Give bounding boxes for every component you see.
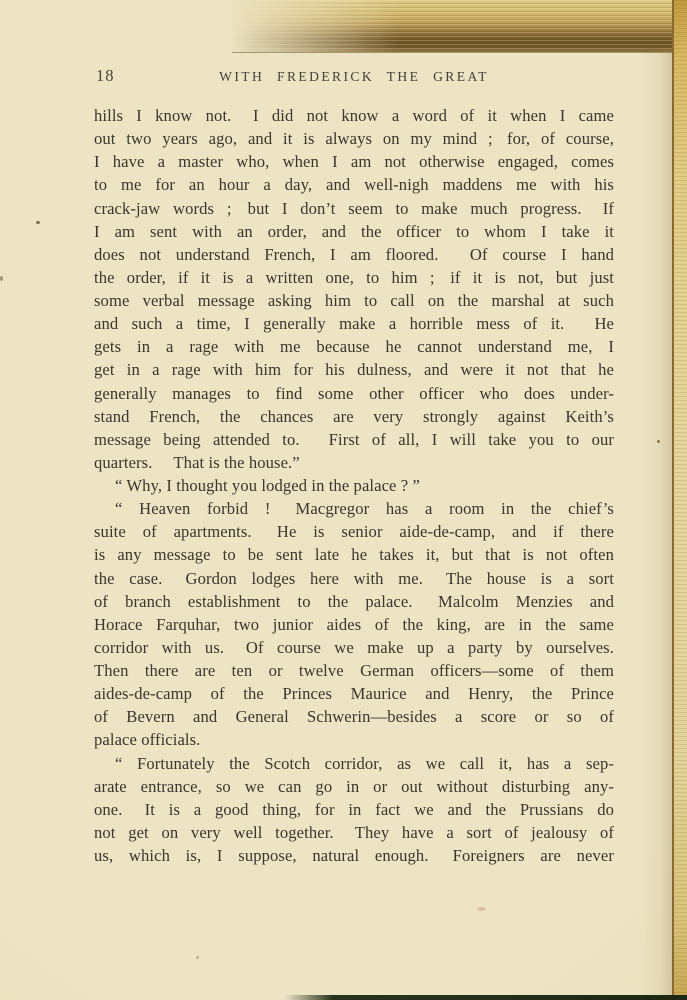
- text-line: us, which is, I suppose, natural enough.…: [94, 844, 614, 867]
- text-line: message being attended to. First of all,…: [94, 428, 614, 451]
- text-line: Horace Farquhar, two junior aides of the…: [94, 613, 614, 636]
- text-line: generally manages to find some other off…: [94, 382, 614, 405]
- book-fore-edge: [672, 0, 687, 1000]
- text-line: quarters. That is the house.”: [94, 451, 614, 474]
- text-line: to me for an hour a day, and well-nigh m…: [94, 173, 614, 196]
- text-line: does not understand French, I am floored…: [94, 243, 614, 266]
- text-line: some verbal message asking him to call o…: [94, 289, 614, 312]
- text-line: corridor with us. Of course we make up a…: [94, 636, 614, 659]
- text-line: Then there are ten or twelve German offi…: [94, 659, 614, 682]
- text-line: of branch establishment to the palace. M…: [94, 590, 614, 613]
- text-line: palace officials.: [94, 728, 614, 751]
- text-line: stand French, the chances are very stron…: [94, 405, 614, 428]
- running-title: WITH FREDERICK THE GREAT: [94, 69, 614, 85]
- text-line: not get on very well together. They have…: [94, 821, 614, 844]
- text-line: “ Heaven forbid ! Macgregor has a room i…: [94, 497, 614, 520]
- text-line: the order, if it is a written one, to hi…: [94, 266, 614, 289]
- text-line: and such a time, I generally make a horr…: [94, 312, 614, 335]
- text-line: gets in a rage with me because he cannot…: [94, 335, 614, 358]
- paper-speck: [657, 440, 660, 443]
- text-line: “ Fortunately the Scotch corridor, as we…: [94, 752, 614, 775]
- text-line: suite of apartments. He is senior aide-d…: [94, 520, 614, 543]
- text-line: aides-de-camp of the Princes Maurice and…: [94, 682, 614, 705]
- text-line: arate entrance, so we can go in or out w…: [94, 775, 614, 798]
- paper-speck: [36, 221, 40, 224]
- text-line: is any message to be sent late he takes …: [94, 543, 614, 566]
- page-text: hills I know not. I did not know a word …: [94, 104, 614, 867]
- scan-bottom-edge: [285, 995, 687, 1000]
- text-line: I am sent with an order, and the officer…: [94, 220, 614, 243]
- paper-speck: [477, 907, 486, 911]
- text-line: get in a rage with him for his dulness, …: [94, 358, 614, 381]
- paper-speck: [0, 276, 3, 281]
- text-line: out two years ago, and it is always on m…: [94, 127, 614, 150]
- text-line: of Bevern and General Schwerin—besides a…: [94, 705, 614, 728]
- text-line: crack-jaw words ; but I don’t seem to ma…: [94, 197, 614, 220]
- page-curve-shadow: [642, 52, 672, 1000]
- page-header: 18 WITH FREDERICK THE GREAT: [94, 66, 614, 88]
- text-line: the case. Gordon lodges here with me. Th…: [94, 567, 614, 590]
- text-line: “ Why, I thought you lodged in the palac…: [94, 474, 614, 497]
- book-page-scan: 18 WITH FREDERICK THE GREAT hills I know…: [0, 0, 687, 1000]
- text-line: one. It is a good thing, for in fact we …: [94, 798, 614, 821]
- book-top-edge: [232, 0, 674, 52]
- text-line: I have a master who, when I am not other…: [94, 150, 614, 173]
- paper-speck: [196, 956, 199, 959]
- text-line: hills I know not. I did not know a word …: [94, 104, 614, 127]
